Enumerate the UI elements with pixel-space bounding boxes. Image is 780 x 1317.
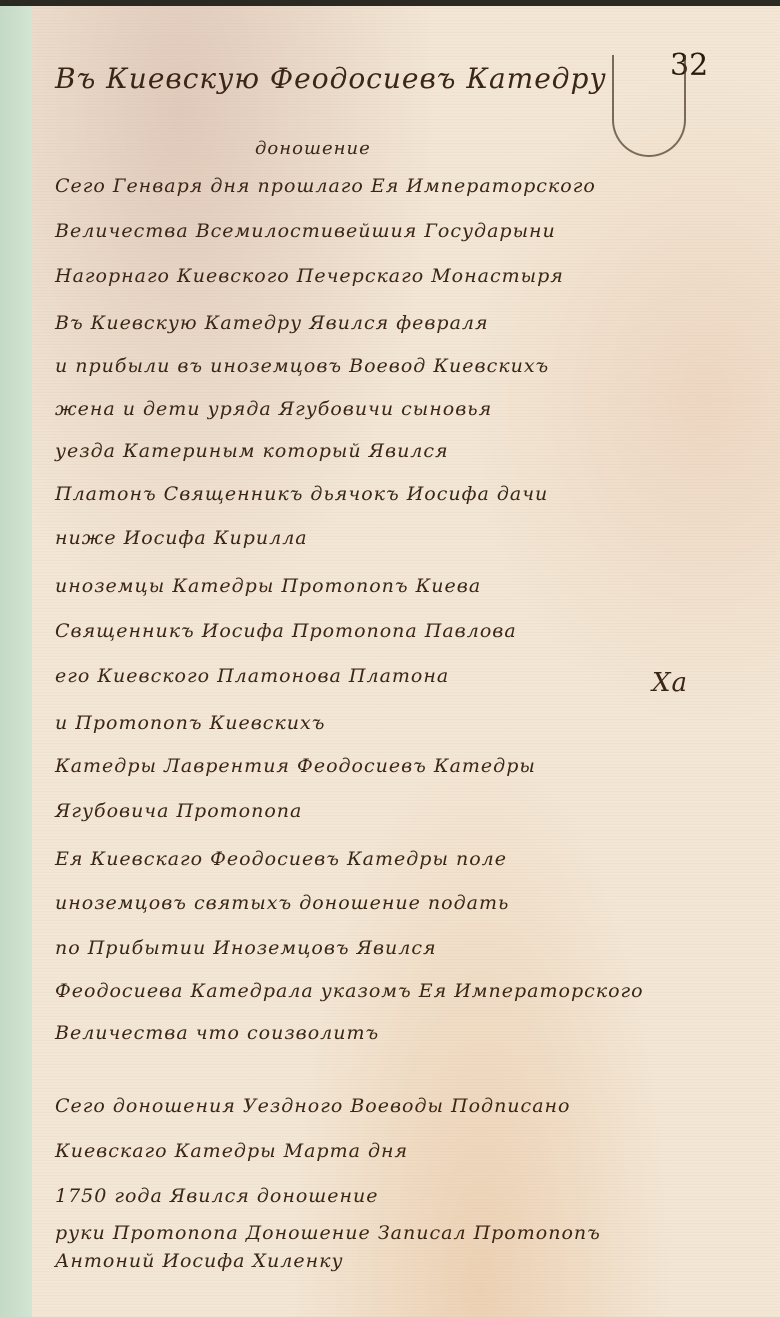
manuscript-line: Священникъ Иосифа Протопопа Павлова	[55, 620, 517, 642]
manuscript-line: Величества Всемилостивейшия Государыни	[55, 220, 556, 242]
manuscript-line: его Киевского Платонова Платона	[55, 665, 449, 687]
manuscript-line: Киевскаго Катедры Марта дня	[55, 1140, 408, 1162]
manuscript-line: Ея Киевскаго Феодосиевъ Катедры поле	[55, 848, 507, 870]
manuscript-line: Сего Генваря дня прошлаго Ея Императорск…	[55, 175, 596, 197]
manuscript-line: Величества что соизволитъ	[55, 1022, 379, 1044]
manuscript-line: уезда Катериным который Явился	[55, 440, 449, 462]
margin-note: Ха	[652, 668, 688, 698]
manuscript-line: 1750 года Явился доношение	[55, 1185, 379, 1207]
manuscript-line: Катедры Лаврентия Феодосиевъ Катедры	[55, 755, 536, 777]
manuscript-line: Нагорнаго Киевского Печерскаго Монастыря	[55, 265, 564, 287]
flourish-mark	[612, 55, 686, 157]
manuscript-line: Въ Киевскую Катедру Явился февраля	[55, 312, 489, 334]
manuscript-line: ниже Иосифа Кирилла	[55, 527, 308, 549]
manuscript-line: Платонъ Священникъ дьячокъ Иосифа дачи	[55, 483, 548, 505]
manuscript-line: Ягубовича Протопопа	[55, 800, 302, 822]
manuscript-line: Сего доношения Уездного Воеводы Подписан…	[55, 1095, 570, 1117]
left-mat-strip	[0, 6, 32, 1317]
manuscript-line: руки Протопопа Доношение Записал Протопо…	[55, 1222, 601, 1244]
manuscript-line: Антоний Иосифа Хиленку	[55, 1250, 344, 1272]
manuscript-line: иноземцовъ святыхъ доношение подать	[55, 892, 509, 914]
manuscript-line: и Протопопъ Киевскихъ	[55, 712, 325, 734]
manuscript-line: по Прибытии Иноземцовъ Явился	[55, 937, 437, 959]
manuscript-line: иноземцы Катедры Протопопъ Киева	[55, 575, 481, 597]
document-title: Въ Киевскую Феодосиевъ Катедру	[55, 62, 607, 95]
manuscript-line: Феодосиева Катедрала указомъ Ея Императо…	[55, 980, 644, 1002]
manuscript-line: и прибыли въ иноземцовъ Воевод Киевскихъ	[55, 355, 549, 377]
manuscript-page	[32, 6, 780, 1317]
manuscript-line: жена и дети уряда Ягубовичи сыновья	[55, 398, 492, 420]
document-heading: доношение	[255, 138, 371, 159]
